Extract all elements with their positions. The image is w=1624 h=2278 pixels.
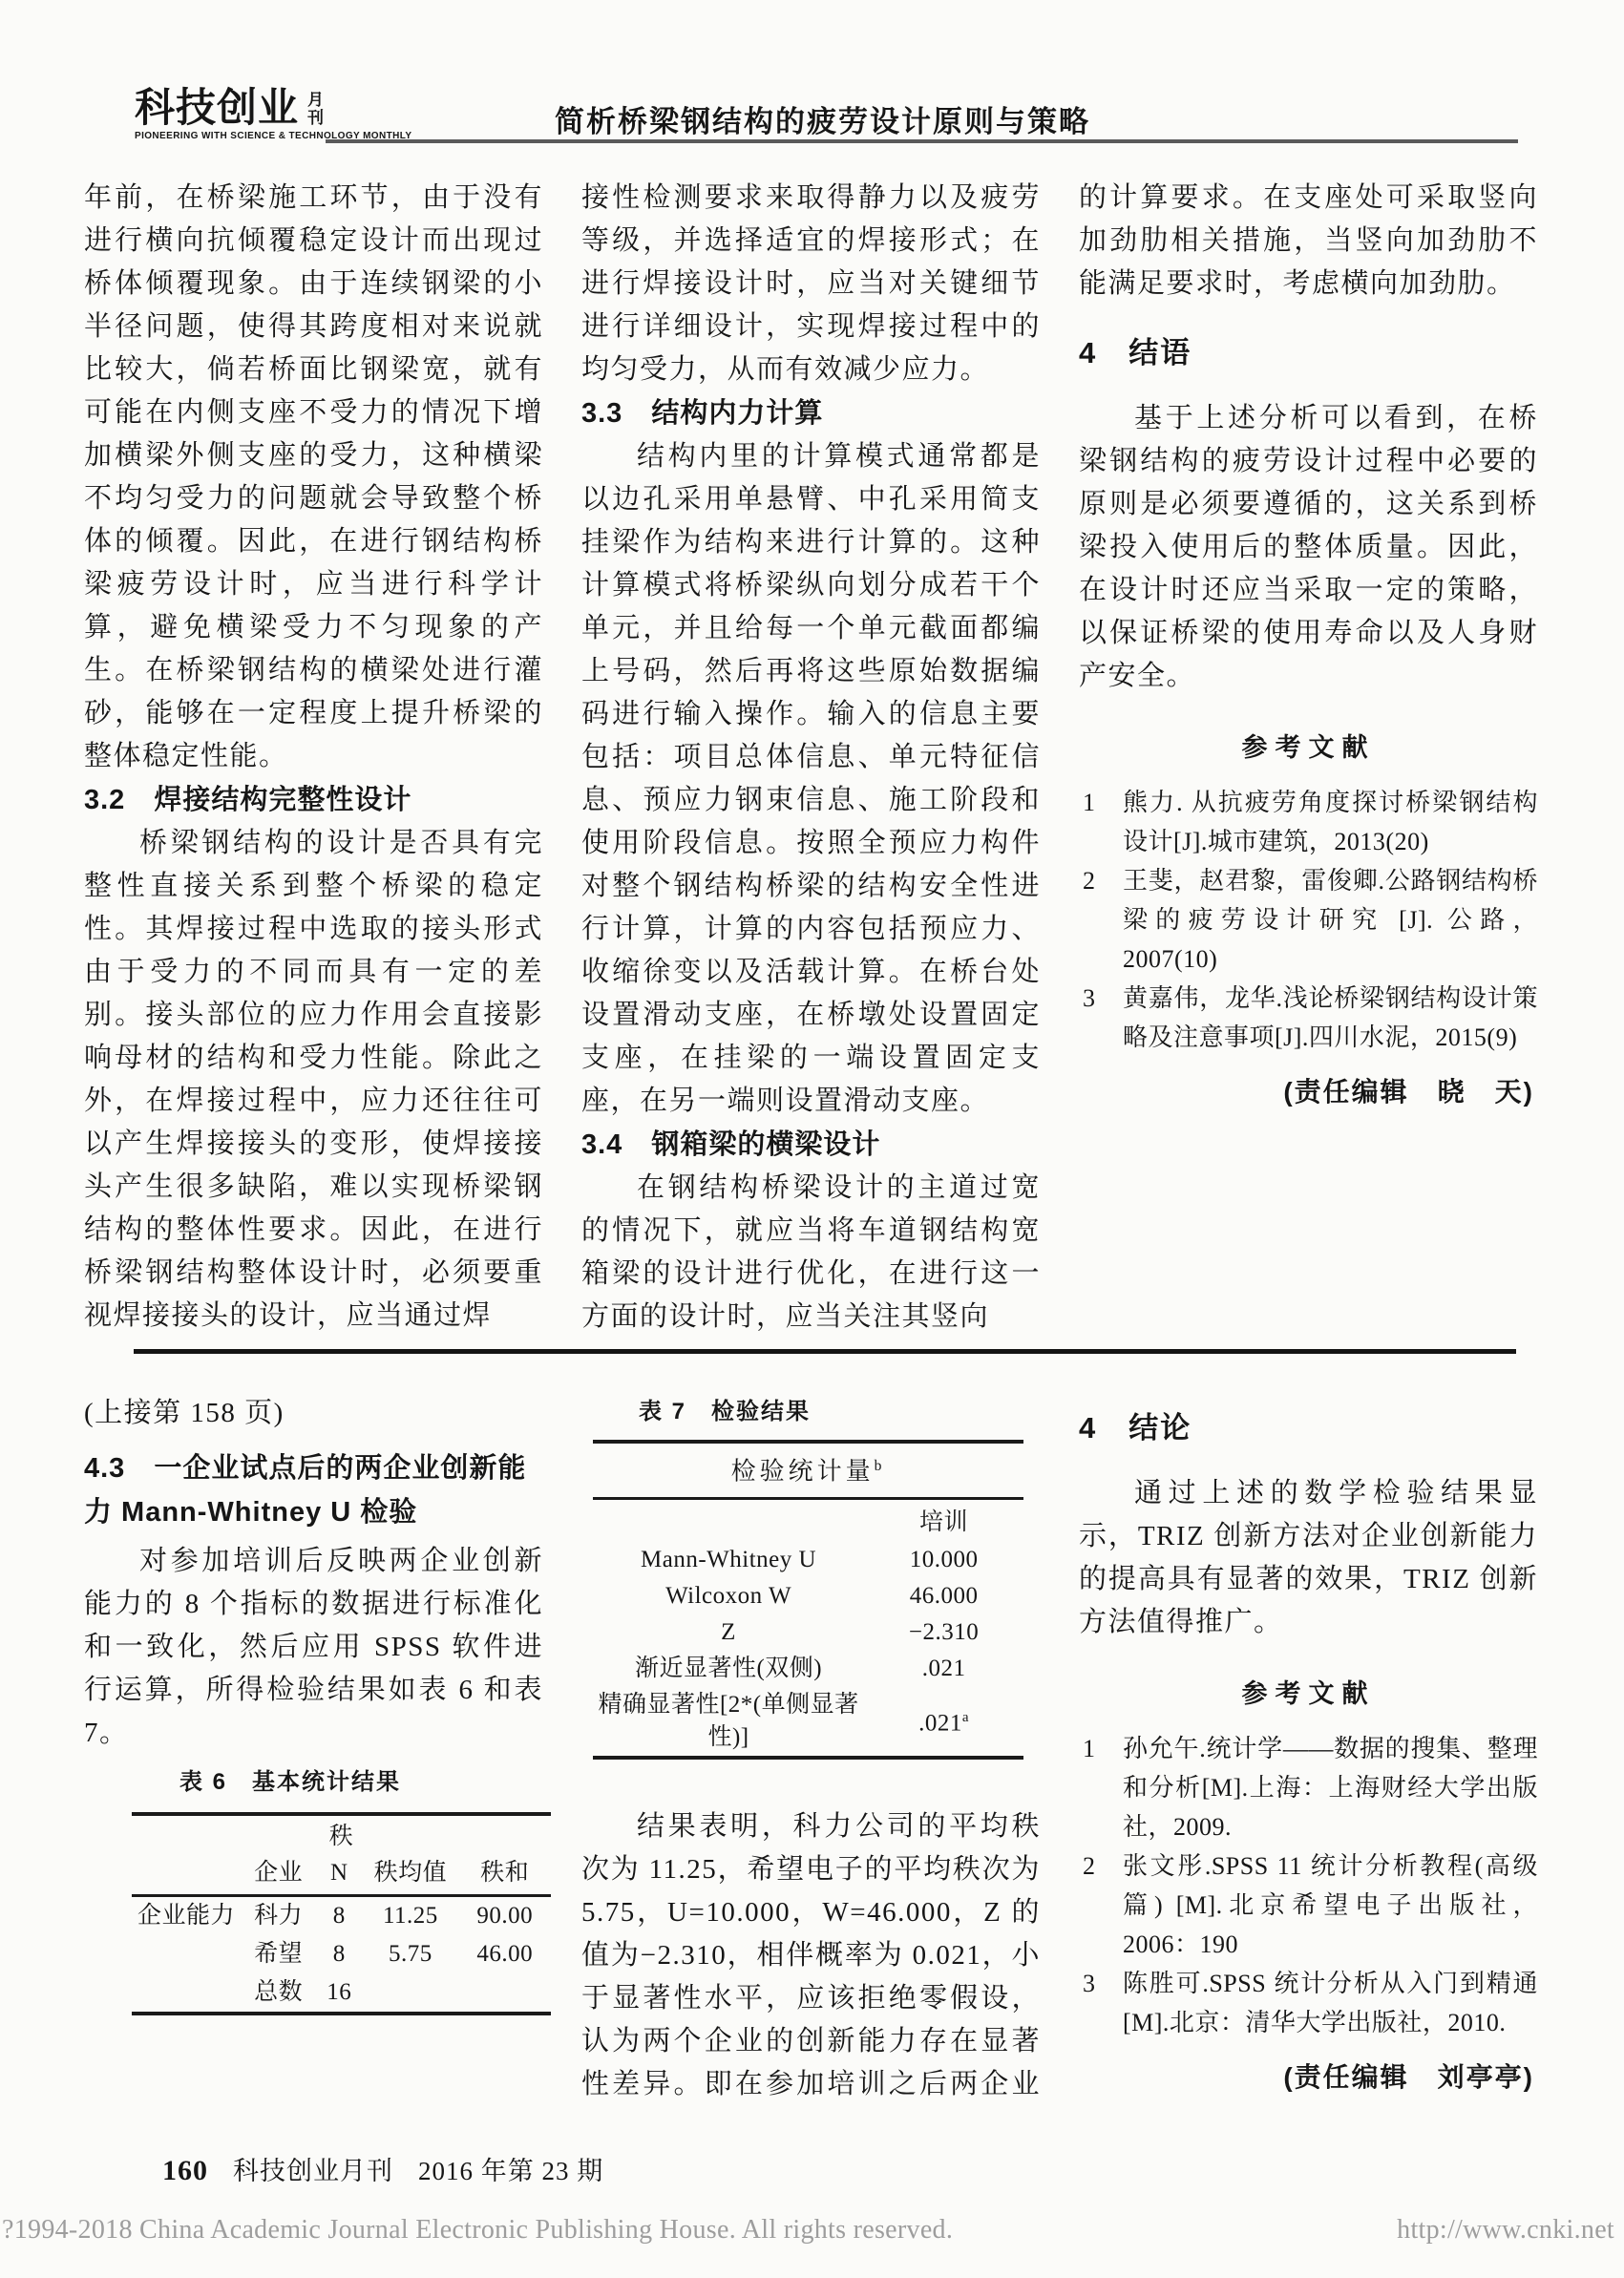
table-row: 检验统计量b <box>593 1442 1023 1498</box>
journal-logo-text: 科技创业 <box>135 88 299 128</box>
table-cell: 46.00 <box>458 1935 551 1973</box>
table-cell: 16 <box>316 1973 362 2014</box>
table-cell <box>362 1973 458 2014</box>
article-triz-test: (上接第 158 页) 4.3 一企业试点后的两企业创新能力 Mann-Whit… <box>84 1392 1538 2103</box>
table-cell <box>132 1973 241 2014</box>
table-cell: 46.000 <box>864 1578 1023 1614</box>
references-title: 参考文献 <box>1079 727 1538 770</box>
cnki-url: http://www.cnki.net <box>1397 2215 1614 2246</box>
table-cell: 90.00 <box>458 1896 551 1936</box>
reference-item: 3 陈胜可.SPSS 统计分析从入门到精通[M].北京：清华大学出版社，2010… <box>1079 1964 1538 2042</box>
table7-title: 检验统计量b <box>593 1442 1023 1498</box>
table-cell: .021 <box>864 1651 1023 1687</box>
footer-page-info: 160 科技创业月刊 2016 年第 23 期 <box>162 2150 603 2187</box>
table-cell: 8 <box>316 1896 362 1936</box>
table-row: 企业能力 科力 8 11.25 90.00 <box>132 1896 551 1936</box>
table-header-cell: 企业 <box>241 1854 316 1896</box>
page-header: 科技创业 月刊 PIONEERING WITH SCIENCE & TECHNO… <box>84 0 1538 143</box>
table-cell: 11.25 <box>362 1896 458 1936</box>
table-cell: Wilcoxon W <box>593 1578 864 1614</box>
section-heading-3-4: 3.4 钢箱梁的横梁设计 <box>581 1123 1041 1167</box>
table-cell: 5.75 <box>362 1935 458 1973</box>
table-row: 秩 <box>132 1814 551 1854</box>
copyright-text: ?1994-2018 China Academic Journal Electr… <box>2 2215 953 2246</box>
continued-from-note: (上接第 158 页) <box>84 1392 543 1435</box>
article-divider <box>134 1349 1516 1354</box>
chapter-heading-conclusion: 4 结语 <box>1079 334 1538 372</box>
reference-text: 张文彤.SPSS 11 统计分析教程(高级篇) [M].北京希望电子出版社，20… <box>1123 1846 1538 1964</box>
journal-page: 科技创业 月刊 PIONEERING WITH SCIENCE & TECHNO… <box>0 0 1624 2278</box>
journal-logo-monthly: 月刊 <box>304 91 323 127</box>
table-cell <box>132 1935 241 1973</box>
table-cell: 8 <box>316 1935 362 1973</box>
page-title: 简析桥梁钢结构的疲劳设计原则与策略 <box>555 97 1090 140</box>
paragraph: 结果表明，科力公司的平均秩次为 11.25，希望电子的平均秩次为 5.75，U=… <box>581 1805 1041 2103</box>
reference-text: 王斐，赵君黎，雷俊卿.公路钢结构桥梁的疲劳设计研究 [J]. 公路，2007(1… <box>1123 861 1538 979</box>
journal-logo: 科技创业 月刊 PIONEERING WITH SCIENCE & TECHNO… <box>135 88 411 141</box>
reference-number: 3 <box>1079 1964 1123 2042</box>
table-row: 培训 <box>593 1498 1023 1542</box>
paragraph: 在钢结构桥梁设计的主道过宽的情况下，就应当将车道钢结构宽箱梁的设计进行优化，在进… <box>581 1167 1041 1334</box>
table-cell: −2.310 <box>864 1614 1023 1651</box>
reference-text: 熊力. 从抗疲劳角度探讨桥梁钢结构设计[J].城市建筑，2013(20) <box>1123 783 1538 861</box>
table-header-cell: N <box>316 1854 362 1896</box>
footnote-marker: a <box>962 1710 969 1725</box>
table-cell: Mann-Whitney U <box>593 1542 864 1578</box>
table7-caption: 表 7 检验结果 <box>639 1398 1041 1426</box>
paragraph: 桥梁钢结构的设计是否具有完整性直接关系到整个桥梁的稳定性。其焊接过程中选取的接头… <box>84 822 543 1334</box>
footnote-marker: b <box>875 1458 886 1474</box>
paragraph: 对参加培训后反映两企业创新能力的 8 个指标的数据进行标准化和一致化，然后应用 … <box>84 1540 543 1755</box>
reference-item: 2 王斐，赵君黎，雷俊卿.公路钢结构桥梁的疲劳设计研究 [J]. 公路，2007… <box>1079 861 1538 979</box>
references-title: 参考文献 <box>1079 1673 1538 1716</box>
reference-number: 2 <box>1079 1846 1123 1964</box>
table-row: 希望 8 5.75 46.00 <box>132 1935 551 1973</box>
table-cell <box>458 1973 551 2014</box>
section-heading-3-2: 3.2 焊接结构完整性设计 <box>84 778 543 822</box>
reference-item: 1 孙允午.统计学——数据的搜集、整理和分析[M].上海：上海财经大学出版社，2… <box>1079 1729 1538 1846</box>
editor-note: (责任编辑 刘亭亭) <box>1079 2056 1538 2099</box>
table-cell: 10.000 <box>864 1542 1023 1578</box>
paragraph: 基于上述分析可以看到，在桥梁钢结构的疲劳设计过程中必要的原则是必须要遵循的，这关… <box>1079 397 1538 698</box>
table-cell: 科力 <box>241 1896 316 1936</box>
reference-text: 黄嘉伟，龙华.浅论桥梁钢结构设计策略及注意事项[J].四川水泥，2015(9) <box>1123 979 1538 1057</box>
table-row: 渐近显著性(双侧) .021 <box>593 1651 1023 1687</box>
column-1: 年前，在桥梁施工环节，由于没有进行横向抗倾覆稳定设计而出现过桥体倾覆现象。由于连… <box>84 177 543 1334</box>
paragraph: 结构内里的计算模式通常都是以边孔采用单悬臂、中孔采用简支挂梁作为结构来进行计算的… <box>581 435 1041 1123</box>
section-heading-3-3: 3.3 结构内力计算 <box>581 391 1041 435</box>
paragraph: 接性检测要求来取得静力以及疲劳等级，并选择适宜的焊接形式；在进行焊接设计时，应当… <box>581 177 1041 391</box>
reference-number: 3 <box>1079 979 1123 1057</box>
reference-item: 3 黄嘉伟，龙华.浅论桥梁钢结构设计策略及注意事项[J].四川水泥，2015(9… <box>1079 979 1538 1057</box>
table-row: Wilcoxon W 46.000 <box>593 1578 1023 1614</box>
table-header-cell <box>132 1854 241 1896</box>
table-row: 精确显著性[2*(单侧显著性)] .021a <box>593 1687 1023 1758</box>
issue-info: 2016 年第 23 期 <box>418 2150 603 2187</box>
table-cell: 精确显著性[2*(单侧显著性)] <box>593 1687 864 1758</box>
table-header-cell <box>593 1498 864 1542</box>
table6-basic-statistics: 秩 企业 N 秩均值 秩和 企业能力 科力 8 11.25 <box>132 1812 551 2015</box>
column-3: 4 结论 通过上述的数学检验结果显示，TRIZ 创新方法对企业创新能力的提高具有… <box>1079 1392 1538 2103</box>
editor-note: (责任编辑 晓 天) <box>1079 1070 1538 1113</box>
paragraph: 年前，在桥梁施工环节，由于没有进行横向抗倾覆稳定设计而出现过桥体倾覆现象。由于连… <box>84 177 543 778</box>
paragraph: 通过上述的数学检验结果显示，TRIZ 创新方法对企业创新能力的提高具有显著的效果… <box>1079 1472 1538 1644</box>
article-bridge-fatigue: 年前，在桥梁施工环节，由于没有进行横向抗倾覆稳定设计而出现过桥体倾覆现象。由于连… <box>84 177 1538 1334</box>
section-heading-4-3: 4.3 一企业试点后的两企业创新能力 Mann-Whitney U 检验 <box>84 1446 543 1534</box>
table6-span-header: 秩 <box>132 1814 551 1854</box>
table-row: 总数 16 <box>132 1973 551 2014</box>
reference-number: 1 <box>1079 1729 1123 1846</box>
table-cell: 渐近显著性(双侧) <box>593 1651 864 1687</box>
reference-text: 陈胜可.SPSS 统计分析从入门到精通[M].北京：清华大学出版社，2010. <box>1123 1964 1538 2042</box>
table6-caption: 表 6 基本统计结果 <box>179 1768 543 1797</box>
reference-item: 1 熊力. 从抗疲劳角度探讨桥梁钢结构设计[J].城市建筑，2013(20) <box>1079 783 1538 861</box>
table-cell: 总数 <box>241 1973 316 2014</box>
table-cell: 企业能力 <box>132 1896 241 1936</box>
table-header-cell: 培训 <box>864 1498 1023 1542</box>
column-2: 接性检测要求来取得静力以及疲劳等级，并选择适宜的焊接形式；在进行焊接设计时，应当… <box>581 177 1041 1334</box>
table7-test-results: 检验统计量b 培训 Mann-Whitney U 10.000 Wilcoxon… <box>593 1440 1023 1760</box>
column-3: 的计算要求。在支座处可采取竖向加劲肋相关措施，当竖向加劲肋不能满足要求时，考虑横… <box>1079 177 1538 1334</box>
reference-number: 1 <box>1079 783 1123 861</box>
table-header-cell: 秩均值 <box>362 1854 458 1896</box>
page-number: 160 <box>162 2155 208 2187</box>
reference-text: 孙允午.统计学——数据的搜集、整理和分析[M].上海：上海财经大学出版社，200… <box>1123 1729 1538 1846</box>
paragraph: 的计算要求。在支座处可采取竖向加劲肋相关措施，当竖向加劲肋不能满足要求时，考虑横… <box>1079 177 1538 306</box>
table-cell: Z <box>593 1614 864 1651</box>
table-cell: .021a <box>864 1687 1023 1758</box>
column-1: (上接第 158 页) 4.3 一企业试点后的两企业创新能力 Mann-Whit… <box>84 1392 543 2103</box>
copyright-line: ?1994-2018 China Academic Journal Electr… <box>2 2215 1614 2246</box>
journal-name: 科技创业月刊 <box>233 2150 393 2187</box>
header-rule <box>326 139 1518 143</box>
table-cell: 希望 <box>241 1935 316 1973</box>
table-header-cell: 秩和 <box>458 1854 551 1896</box>
column-2: 表 7 检验结果 检验统计量b 培训 Mann-Whitney U 10.000 <box>581 1392 1041 2103</box>
table-row: 企业 N 秩均值 秩和 <box>132 1854 551 1896</box>
table-row: Z −2.310 <box>593 1614 1023 1651</box>
reference-number: 2 <box>1079 861 1123 979</box>
reference-item: 2 张文彤.SPSS 11 统计分析教程(高级篇) [M].北京希望电子出版社，… <box>1079 1846 1538 1964</box>
chapter-heading-conclusion: 4 结论 <box>1079 1409 1538 1447</box>
table-row: Mann-Whitney U 10.000 <box>593 1542 1023 1578</box>
